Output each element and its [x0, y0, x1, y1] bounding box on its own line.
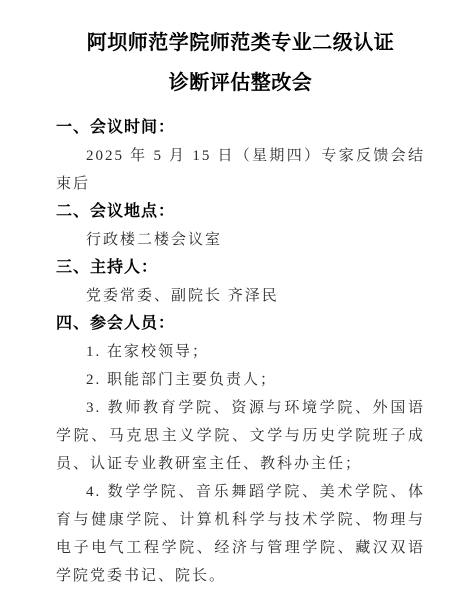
section-meeting-location-heading: 二、会议地点：: [56, 198, 425, 226]
meeting-location-value: 行政楼二楼会议室: [56, 226, 425, 254]
section-meeting-location: 二、会议地点： 行政楼二楼会议室: [56, 198, 425, 254]
document-page: 阿坝师范学院师范类专业二级认证 诊断评估整改会 一、会议时间： 2025 年 5…: [0, 0, 473, 609]
attendees-item-4: 4. 数学学院、音乐舞蹈学院、美术学院、体育与健康学院、计算机科学与技术学院、物…: [56, 478, 425, 590]
document-title: 阿坝师范学院师范类专业二级认证 诊断评估整改会: [56, 28, 425, 98]
title-line-1: 阿坝师范学院师范类专业二级认证: [56, 28, 425, 58]
attendees-item-3: 3. 教师教育学院、资源与环境学院、外国语学院、马克思主义学院、文学与历史学院班…: [56, 394, 425, 478]
section-host: 三、主持人： 党委常委、副院长 齐泽民: [56, 254, 425, 310]
section-meeting-time: 一、会议时间： 2025 年 5 月 15 日（星期四）专家反馈会结束后: [56, 114, 425, 198]
attendees-item-1: 1. 在家校领导；: [56, 338, 425, 366]
section-host-heading: 三、主持人：: [56, 254, 425, 282]
document-body: 一、会议时间： 2025 年 5 月 15 日（星期四）专家反馈会结束后 二、会…: [56, 114, 425, 590]
meeting-time-value: 2025 年 5 月 15 日（星期四）专家反馈会结束后: [56, 142, 425, 198]
host-value: 党委常委、副院长 齐泽民: [56, 282, 425, 310]
section-attendees-heading: 四、参会人员：: [56, 310, 425, 338]
attendees-item-2: 2. 职能部门主要负责人；: [56, 366, 425, 394]
section-meeting-time-heading: 一、会议时间：: [56, 114, 425, 142]
title-line-2: 诊断评估整改会: [56, 68, 425, 98]
section-attendees: 四、参会人员： 1. 在家校领导； 2. 职能部门主要负责人； 3. 教师教育学…: [56, 310, 425, 590]
